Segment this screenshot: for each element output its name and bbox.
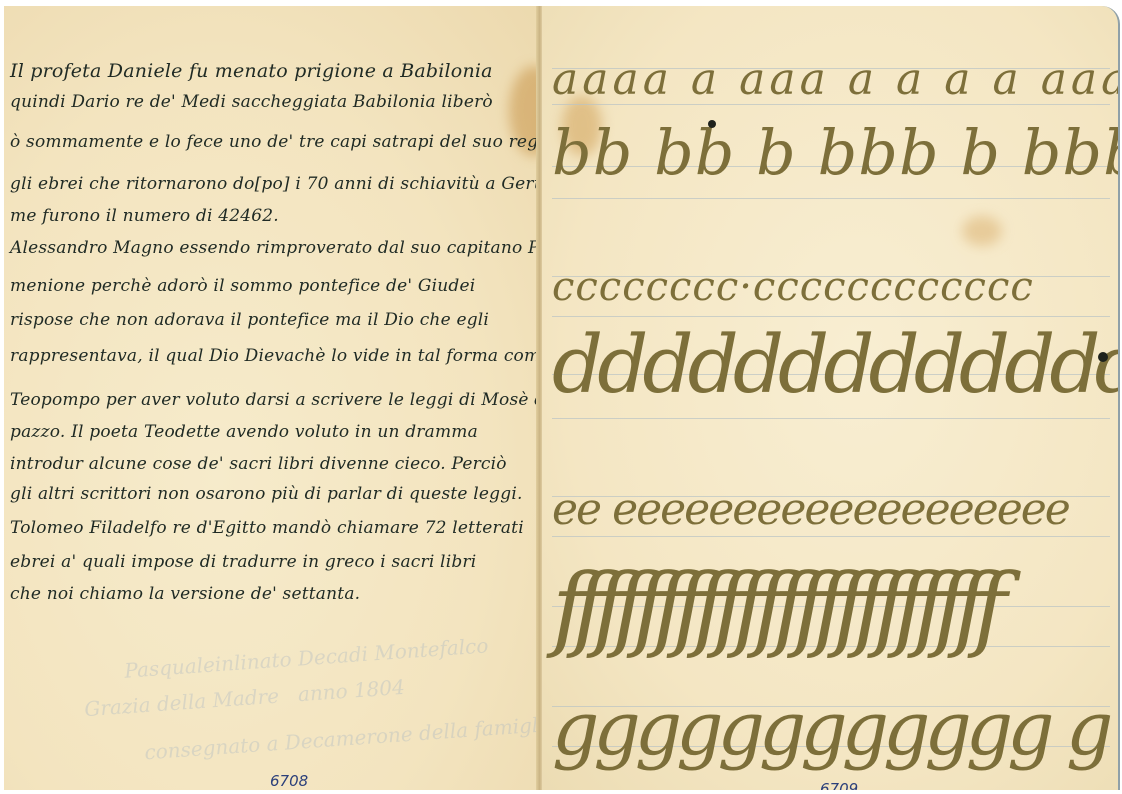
ink-blot — [708, 120, 716, 128]
ruled-line — [552, 536, 1110, 537]
ruled-line — [552, 316, 1110, 317]
practice-row-f: ffffffffffffffffffffff — [552, 554, 993, 661]
ruled-line — [552, 418, 1110, 419]
practice-row-d: ddddddddddddddddddd — [552, 318, 1120, 411]
practice-row-g: gggggggggggg g g ggg — [552, 686, 1120, 772]
left-page: Pasqualeinlinato Decadi Montefalco Grazi… — [4, 6, 541, 790]
manuscript-line: gli ebrei che ritornarono do[po] i 70 an… — [10, 174, 541, 194]
catalog-number: 6708 — [270, 772, 308, 790]
practice-row-b: bb bb b bbb b bbbbbbb — [552, 116, 1120, 189]
practice-row-e: ee eeeeeeeeeeeeeeeeeee — [552, 484, 1069, 535]
foxing-stain — [962, 216, 1002, 246]
manuscript-line: gli altri scrittori non osarono più di p… — [10, 484, 523, 504]
bleed-through-text: Pasqualeinlinato Decadi Montefalco — [124, 633, 489, 682]
manuscript-line: me furono il numero di 42462. — [10, 206, 279, 226]
catalog-number: 6709 — [820, 780, 858, 790]
manuscript-line: quindi Dario re de' Medi saccheggiata Ba… — [10, 92, 493, 112]
ink-blot — [1098, 352, 1108, 362]
manuscript-line: rispose che non adorava il pontefice ma … — [10, 310, 489, 330]
manuscript-line: introdur alcune cose de' sacri libri div… — [10, 454, 507, 474]
manuscript-line: Alessandro Magno essendo rimproverato da… — [10, 238, 541, 258]
manuscript-line: Tolomeo Filadelfo re d'Egitto mandò chia… — [10, 518, 524, 538]
manuscript-line: pazzo. Il poeta Teodette avendo voluto i… — [10, 422, 478, 442]
manuscript-scan: Pasqualeinlinato Decadi Montefalco Grazi… — [0, 0, 1122, 794]
practice-row-a: aaaa a aaa a a a a aaa — [552, 54, 1120, 105]
manuscript-line: che noi chiamo la versione de' settanta. — [10, 584, 360, 604]
manuscript-line: ò sommamente e lo fece uno de' tre capi … — [10, 132, 541, 152]
manuscript-line: rappresentava, il qual Dio Dievachè lo v… — [10, 346, 541, 366]
ruled-line — [552, 198, 1110, 199]
bleed-through-text: consegnato a Decamerone della famiglia — [144, 712, 541, 765]
right-page: aaaa a aaa a a a a aaa bb bb b bbb b bbb… — [542, 6, 1120, 790]
manuscript-line: Teopompo per aver voluto darsi a scriver… — [10, 390, 541, 410]
manuscript-line: Il profeta Daniele fu menato prigione a … — [10, 60, 493, 82]
practice-row-c: cccccccc·cccccccccccc — [552, 264, 1034, 310]
manuscript-line: menione perchè adorò il sommo pontefice … — [10, 276, 475, 296]
manuscript-line: ebrei a' quali impose di tradurre in gre… — [10, 552, 476, 572]
